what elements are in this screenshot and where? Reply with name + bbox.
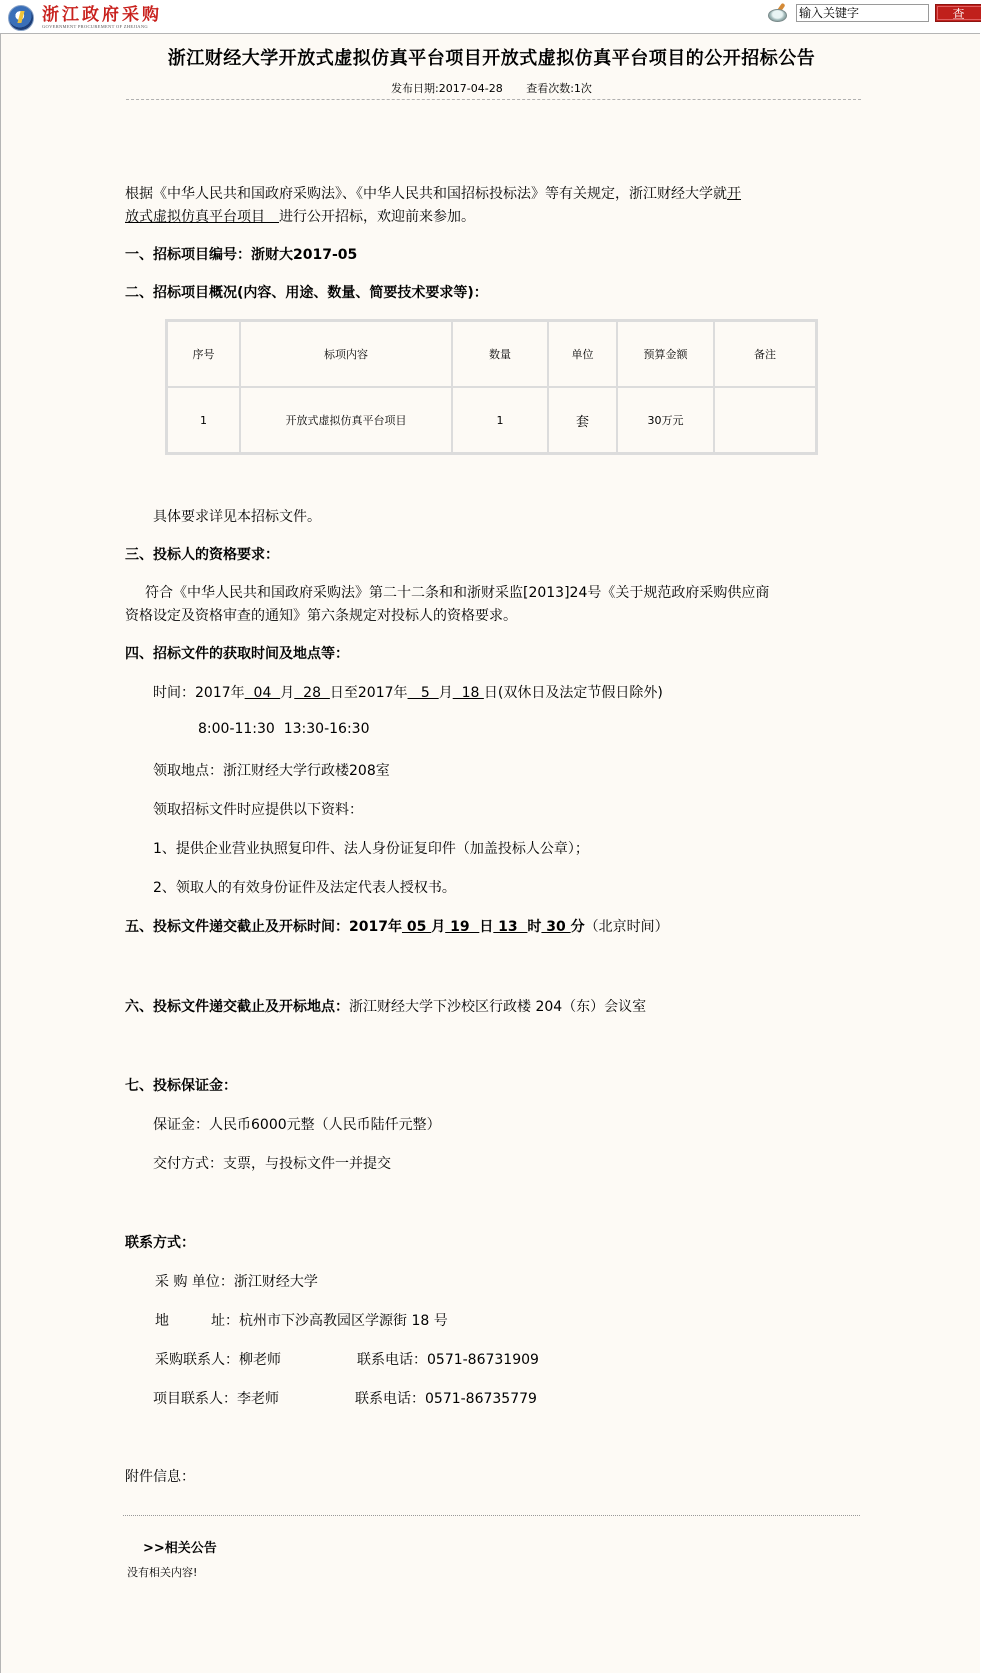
section-3-text-2: 资格设定及资格审查的通知》第六条规定对投标人的资格要求。 xyxy=(125,605,517,625)
time-text: 月 xyxy=(439,685,453,701)
col-header: 序号 xyxy=(167,321,240,387)
deadline-text: 月 xyxy=(431,919,445,935)
project-link-cont[interactable]: 放式虚拟仿真平台项目 xyxy=(125,209,279,225)
deadline-text: 分 xyxy=(571,919,585,935)
section-5-heading: 五、投标文件递交截止及开标时间：2017年 xyxy=(125,919,402,935)
deadline-text: 时 xyxy=(527,919,541,935)
section-2-heading: 二、招标项目概况(内容、用途、数量、简要技术要求等)： xyxy=(125,282,488,302)
article-meta: 发布日期:2017-04-28 查看次数:1次 xyxy=(1,80,981,96)
required-material-1: 1、提供企业营业执照复印件、法人身份证复印件（加盖投标人公章）； xyxy=(153,838,589,858)
pickup-location: 领取地点：浙江财经大学行政楼208室 xyxy=(153,760,390,780)
office-hours: 8:00-11:30 13:30-16:30 xyxy=(198,721,369,737)
opening-location: 浙江财经大学下沙校区行政楼 204（东）会议室 xyxy=(349,999,646,1015)
cell-unit: 套 xyxy=(548,387,617,453)
cell-budget: 30万元 xyxy=(617,387,714,453)
intro-text: 根据《中华人民共和国政府采购法》、《中华人民共和国招标投标法》等有关规定，浙江财… xyxy=(125,186,727,202)
logo-subtitle: GOVERNMENT PROCUREMENT OF ZHEJIANG xyxy=(42,24,162,30)
section-3-heading: 三、投标人的资格要求： xyxy=(125,544,279,564)
site-logo[interactable]: 浙江政府采购 GOVERNMENT PROCUREMENT OF ZHEJIAN… xyxy=(8,5,162,31)
contact-heading: 联系方式： xyxy=(125,1232,195,1252)
publish-date: 发布日期:2017-04-28 xyxy=(391,82,503,95)
required-materials-label: 领取招标文件时应提供以下资料： xyxy=(153,799,363,819)
cell-content: 开放式虚拟仿真平台项目 xyxy=(240,387,452,453)
required-material-2: 2、领取人的有效身份证件及法定代表人授权书。 xyxy=(153,877,456,897)
section-6-heading: 六、投标文件递交截止及开标地点： xyxy=(125,999,349,1015)
site-header: 浙江政府采购 GOVERNMENT PROCUREMENT OF ZHEJIAN… xyxy=(0,0,981,33)
deadline-text: 日 xyxy=(479,919,493,935)
cell-quantity: 1 xyxy=(452,387,548,453)
section-7-heading: 七、投标保证金： xyxy=(125,1075,237,1095)
attachments-label: 附件信息： xyxy=(125,1466,195,1486)
section-3-text-1: 符合《中华人民共和国政府采购法》第二十二条和和浙财采监[2013]24号《关于规… xyxy=(145,582,769,602)
time-text: 日至2017年 xyxy=(330,685,408,701)
page-title: 浙江财经大学开放式虚拟仿真平台项目开放式虚拟仿真平台项目的公开招标公告 xyxy=(1,44,981,70)
related-empty-message: 没有相关内容! xyxy=(127,1564,197,1580)
payment-method: 交付方式：支票，与投标文件一并提交 xyxy=(153,1153,391,1173)
start-day: 28 xyxy=(294,685,330,701)
project-contact-person: 项目联系人：李老师 xyxy=(153,1388,279,1408)
start-month: 04 xyxy=(245,685,281,701)
related-announcements-heading: >>相关公告 xyxy=(143,1537,217,1556)
section-4-time: 时间：2017年 04 月 28 日至2017年 5 月 18 日(双休日及法定… xyxy=(153,682,663,702)
detail-note: 具体要求详见本招标文件。 xyxy=(153,506,321,526)
logo-title: 浙江政府采购 xyxy=(42,6,162,24)
project-contact-phone: 联系电话：0571-86735779 xyxy=(355,1388,537,1408)
intro-line-2: 放式虚拟仿真平台项目 进行公开招标，欢迎前来参加。 xyxy=(125,206,475,226)
deadline-day: 19 xyxy=(445,919,479,935)
section-4-heading: 四、招标文件的获取时间及地点等： xyxy=(125,643,349,663)
related-divider xyxy=(123,1515,860,1516)
col-header: 数量 xyxy=(452,321,548,387)
time-text: 月 xyxy=(280,685,294,701)
time-text: 日(双休日及法定节假日除外) xyxy=(484,685,663,701)
timezone-note: （北京时间） xyxy=(585,919,669,935)
view-count: 查看次数:1次 xyxy=(526,82,592,95)
end-month: 5 xyxy=(408,685,439,701)
table-row: 1 开放式虚拟仿真平台项目 1 套 30万元 xyxy=(167,387,816,453)
purchase-contact-phone: 联系电话：0571-86731909 xyxy=(357,1349,539,1369)
col-header: 单位 xyxy=(548,321,617,387)
title-divider xyxy=(126,99,861,100)
section-6: 六、投标文件递交截止及开标地点：浙江财经大学下沙校区行政楼 204（东）会议室 xyxy=(125,996,646,1016)
deposit-amount: 保证金：人民币6000元整（人民币陆仟元整） xyxy=(153,1114,441,1134)
section-5-deadline: 五、投标文件递交截止及开标时间：2017年 05 月 19 日 13 时 30 … xyxy=(125,916,669,936)
end-day: 18 xyxy=(453,685,484,701)
cell-remark xyxy=(714,387,816,453)
deadline-month: 05 xyxy=(402,919,431,935)
deadline-minute: 30 xyxy=(541,919,570,935)
search-area: 查 询 xyxy=(768,3,981,23)
col-header: 备注 xyxy=(714,321,816,387)
cell-index: 1 xyxy=(167,387,240,453)
col-header: 标项内容 xyxy=(240,321,452,387)
search-input[interactable] xyxy=(796,4,929,22)
deadline-hour: 13 xyxy=(493,919,527,935)
intro-text-end: 进行公开招标，欢迎前来参加。 xyxy=(279,209,475,225)
magnifier-icon xyxy=(768,3,788,23)
purchase-contact-person: 采购联系人：柳老师 xyxy=(155,1349,281,1369)
contact-unit: 采 购 单位：浙江财经大学 xyxy=(155,1271,318,1291)
contact-address: 地 址：杭州市下沙高教园区学源街 18 号 xyxy=(155,1310,448,1330)
logo-emblem-icon xyxy=(8,5,34,31)
intro-line-1: 根据《中华人民共和国政府采购法》、《中华人民共和国招标投标法》等有关规定，浙江财… xyxy=(125,183,741,203)
col-header: 预算金额 xyxy=(617,321,714,387)
search-button[interactable]: 查 询 xyxy=(935,4,981,22)
section-1-heading: 一、招标项目编号：浙财大2017-05 xyxy=(125,244,357,264)
project-link[interactable]: 开 xyxy=(727,186,741,202)
bid-items-table: 序号 标项内容 数量 单位 预算金额 备注 1 开放式虚拟仿真平台项目 1 套 … xyxy=(165,319,818,455)
table-header-row: 序号 标项内容 数量 单位 预算金额 备注 xyxy=(167,321,816,387)
time-label: 时间：2017年 xyxy=(153,685,245,701)
